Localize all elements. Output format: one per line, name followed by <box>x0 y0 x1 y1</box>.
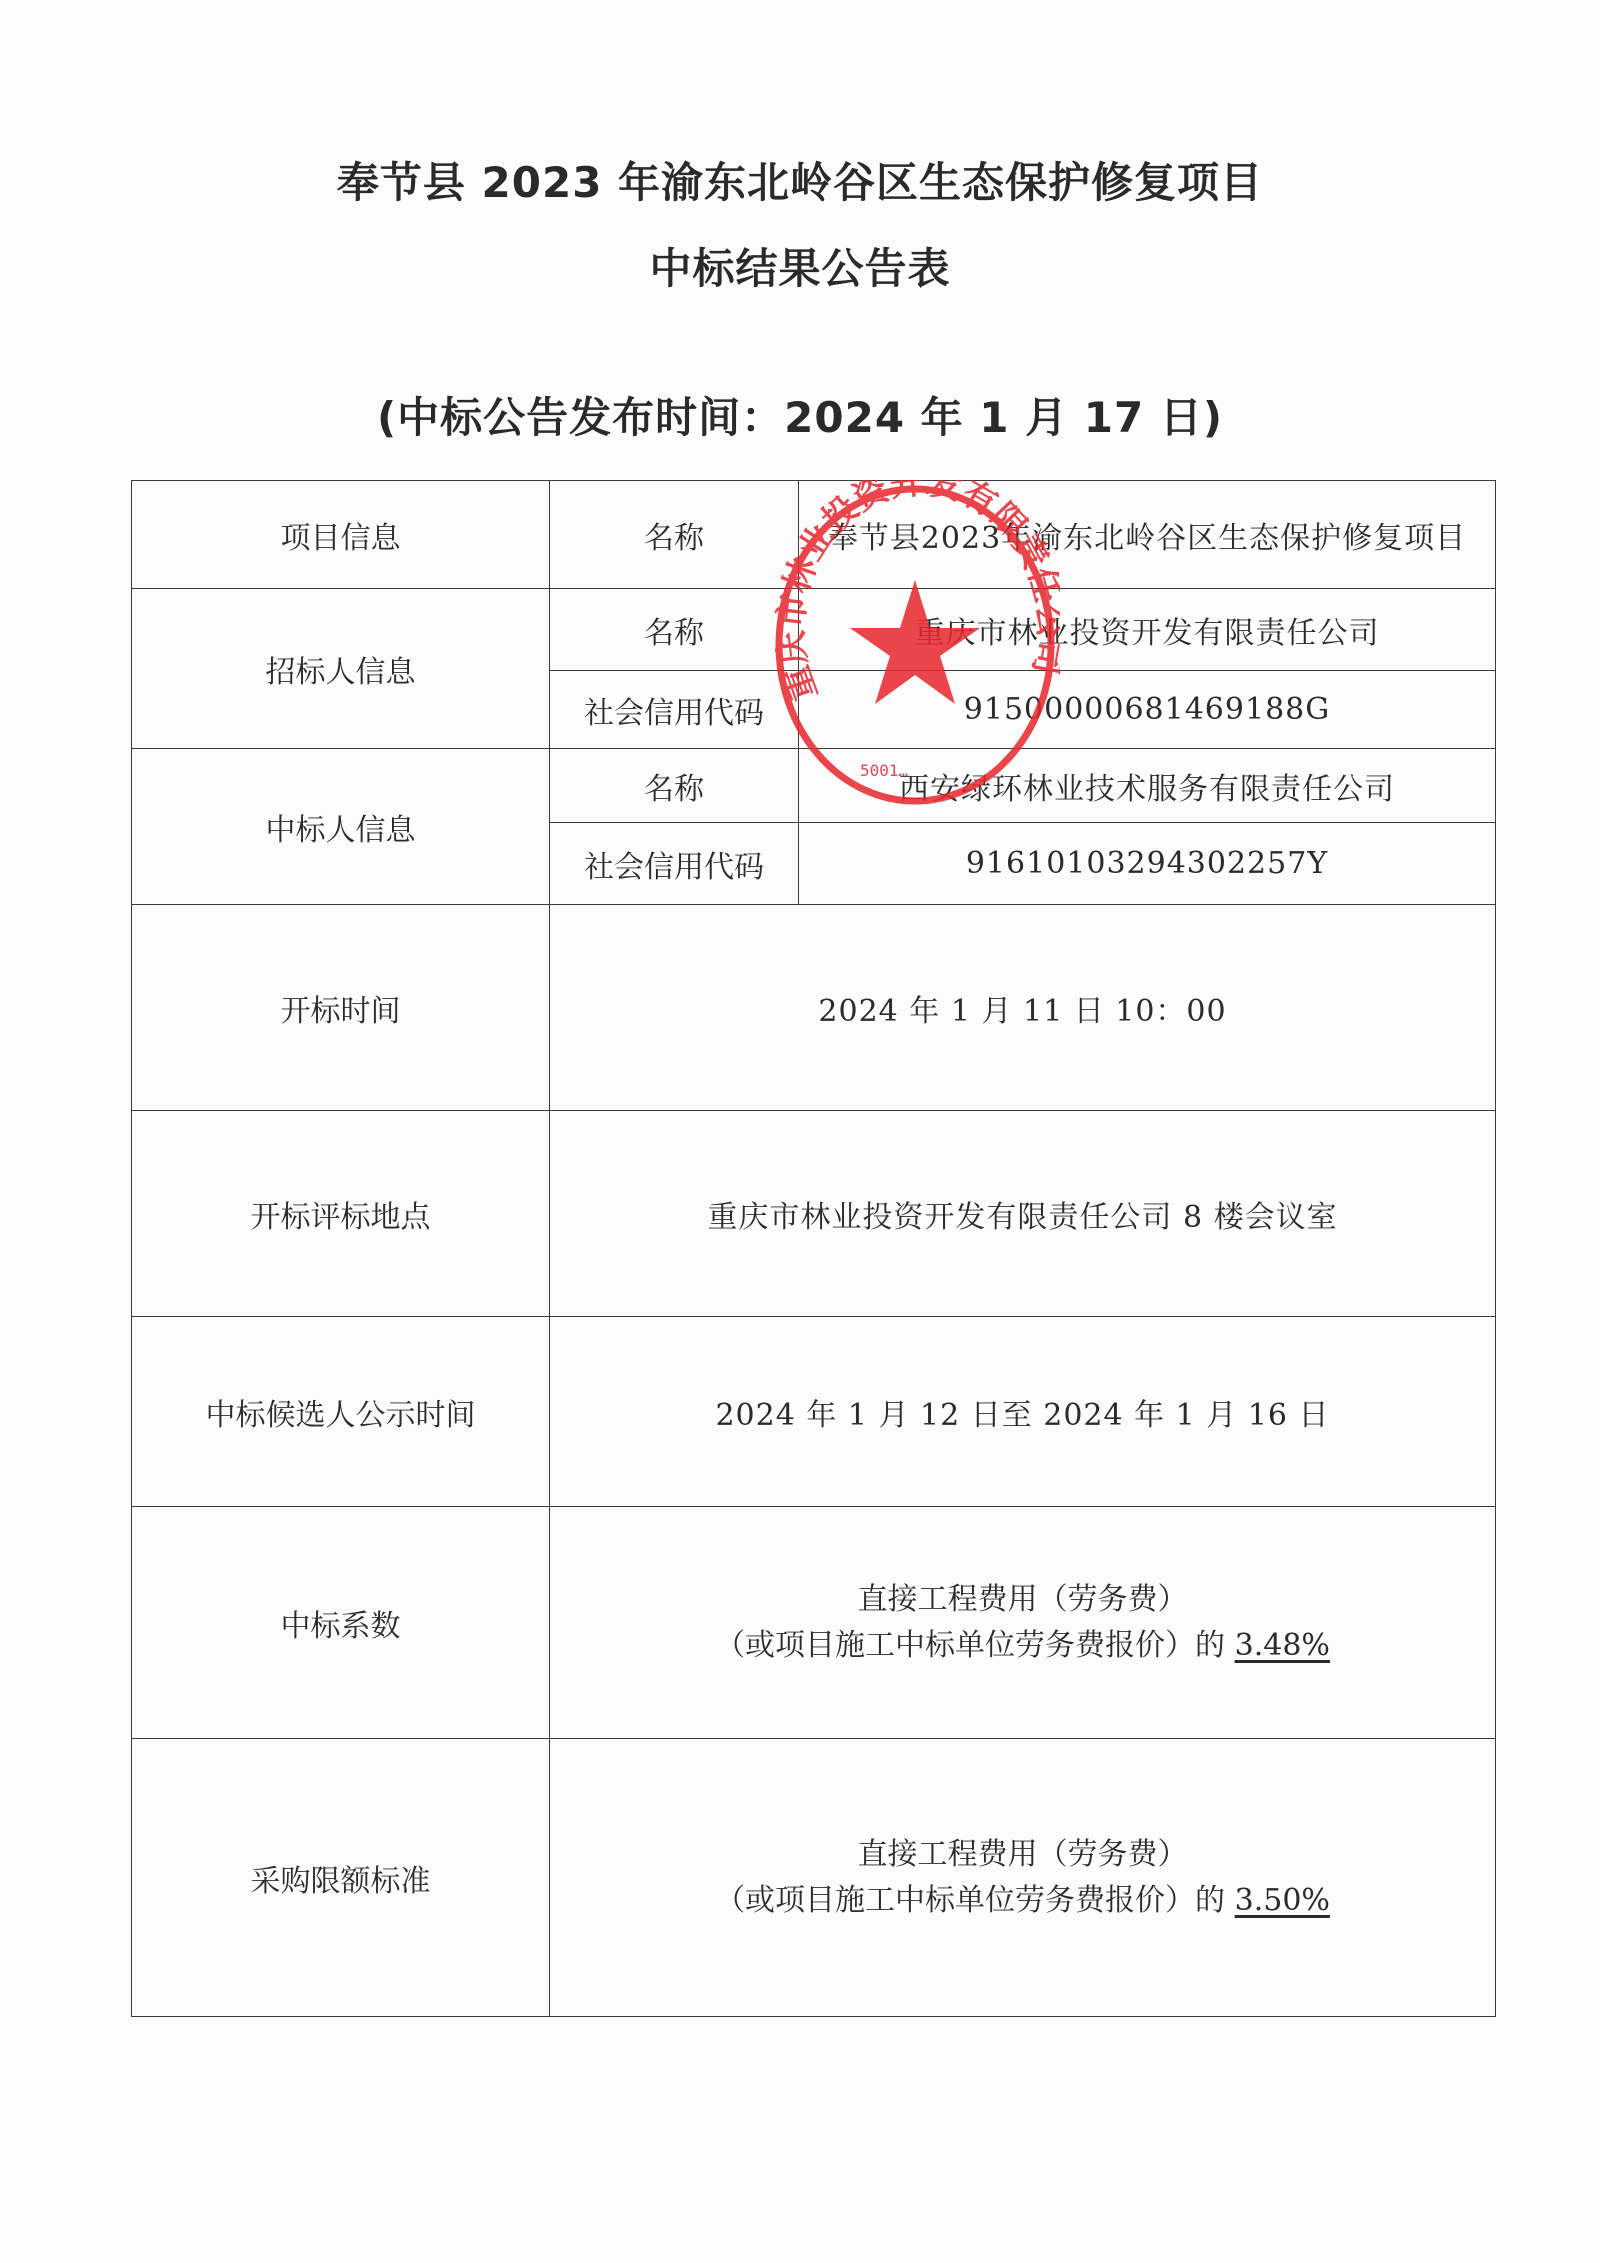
procurement-limit-percent: 3.50% <box>1235 1883 1330 1918</box>
procurement-limit-line2: （或项目施工中标单位劳务费报价）的 3.50% <box>550 1878 1495 1924</box>
project-name-value: 奉节县2023年渝东北岭谷区生态保护修复项目 <box>799 481 1496 589</box>
winner-name-label: 名称 <box>550 749 799 823</box>
publicity-period-label: 中标候选人公示时间 <box>132 1317 550 1507</box>
project-info-label: 项目信息 <box>132 481 550 589</box>
procurement-limit-label: 采购限额标准 <box>132 1739 550 2017</box>
document-title: 奉节县 2023 年渝东北岭谷区生态保护修复项目 <box>0 150 1600 210</box>
tenderer-name-label: 名称 <box>550 589 799 671</box>
bid-result-table: 项目信息 名称 奉节县2023年渝东北岭谷区生态保护修复项目 招标人信息 名称 … <box>131 480 1496 2017</box>
bid-coefficient-line2: （或项目施工中标单位劳务费报价）的 3.48% <box>550 1623 1495 1669</box>
procurement-limit-value: 直接工程费用（劳务费） （或项目施工中标单位劳务费报价）的 3.50% <box>550 1739 1496 2017</box>
bid-coefficient-prefix: （或项目施工中标单位劳务费报价）的 <box>715 1628 1235 1663</box>
opening-location-label: 开标评标地点 <box>132 1111 550 1317</box>
publish-date-line: (中标公告发布时间：2024 年 1 月 17 日) <box>0 385 1600 445</box>
opening-time-label: 开标时间 <box>132 905 550 1111</box>
row-project-info: 项目信息 名称 奉节县2023年渝东北岭谷区生态保护修复项目 <box>132 481 1496 589</box>
bid-coefficient-value: 直接工程费用（劳务费） （或项目施工中标单位劳务费报价）的 3.48% <box>550 1507 1496 1739</box>
row-procurement-limit: 采购限额标准 直接工程费用（劳务费） （或项目施工中标单位劳务费报价）的 3.5… <box>132 1739 1496 2017</box>
bid-coefficient-percent: 3.48% <box>1235 1628 1330 1663</box>
row-bid-coefficient: 中标系数 直接工程费用（劳务费） （或项目施工中标单位劳务费报价）的 3.48% <box>132 1507 1496 1739</box>
tenderer-name-value: 重庆市林业投资开发有限责任公司 <box>799 589 1496 671</box>
row-tenderer-name: 招标人信息 名称 重庆市林业投资开发有限责任公司 <box>132 589 1496 671</box>
bid-coefficient-line1: 直接工程费用（劳务费） <box>550 1577 1495 1623</box>
row-opening-time: 开标时间 2024 年 1 月 11 日 10：00 <box>132 905 1496 1111</box>
winner-credit-label: 社会信用代码 <box>550 823 799 905</box>
opening-location-value: 重庆市林业投资开发有限责任公司 8 楼会议室 <box>550 1111 1496 1317</box>
procurement-limit-prefix: （或项目施工中标单位劳务费报价）的 <box>715 1883 1235 1918</box>
tenderer-credit-label: 社会信用代码 <box>550 671 799 749</box>
row-publicity-period: 中标候选人公示时间 2024 年 1 月 12 日至 2024 年 1 月 16… <box>132 1317 1496 1507</box>
publicity-period-value: 2024 年 1 月 12 日至 2024 年 1 月 16 日 <box>550 1317 1496 1507</box>
row-opening-location: 开标评标地点 重庆市林业投资开发有限责任公司 8 楼会议室 <box>132 1111 1496 1317</box>
opening-time-value: 2024 年 1 月 11 日 10：00 <box>550 905 1496 1111</box>
project-name-label: 名称 <box>550 481 799 589</box>
winner-credit-value: 91610103294302257Y <box>799 823 1496 905</box>
document-subtitle: 中标结果公告表 <box>0 236 1600 296</box>
winner-info-label: 中标人信息 <box>132 749 550 905</box>
tenderer-credit-value: 91500000681469188G <box>799 671 1496 749</box>
bid-coefficient-label: 中标系数 <box>132 1507 550 1739</box>
winner-name-value: 西安绿环林业技术服务有限责任公司 <box>799 749 1496 823</box>
tenderer-info-label: 招标人信息 <box>132 589 550 749</box>
procurement-limit-line1: 直接工程费用（劳务费） <box>550 1832 1495 1878</box>
row-winner-name: 中标人信息 名称 西安绿环林业技术服务有限责任公司 <box>132 749 1496 823</box>
